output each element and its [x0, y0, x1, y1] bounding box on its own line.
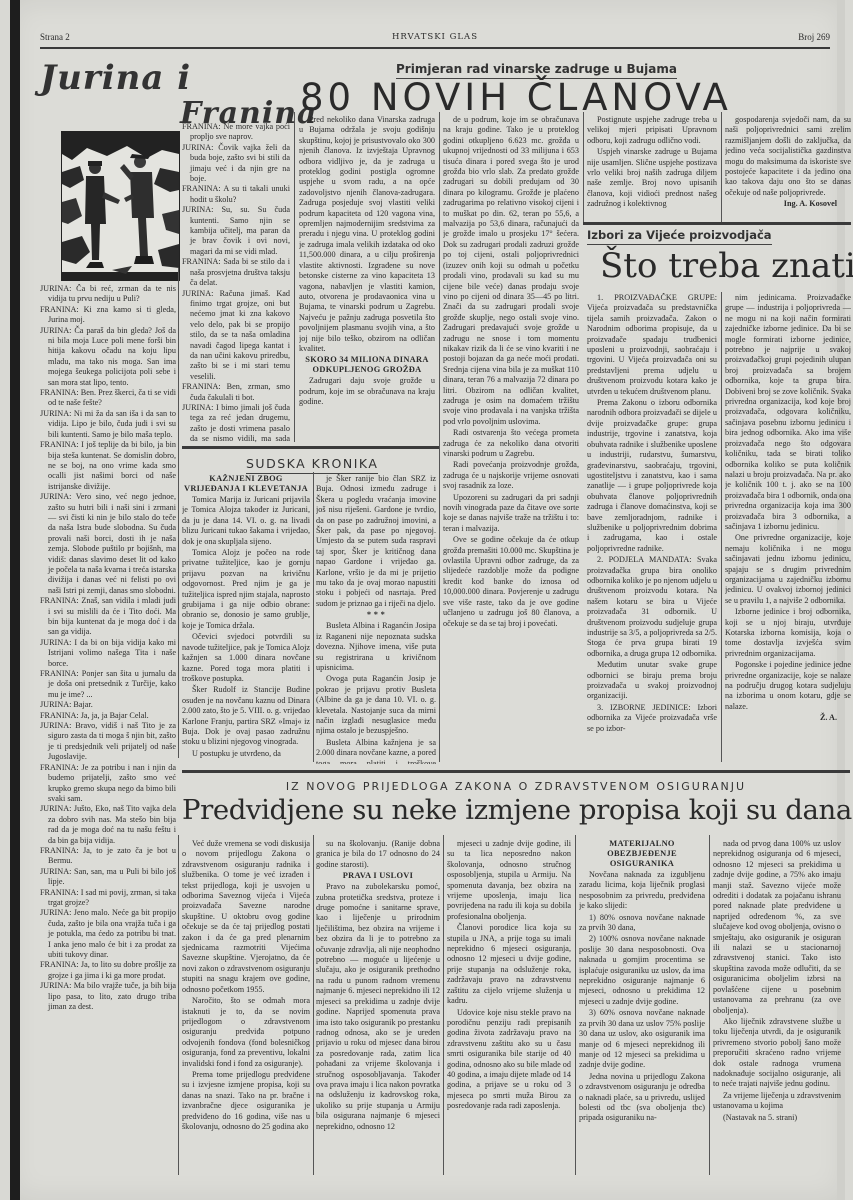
paragraph: Zadrugari daju svoje grožđe u podrum, ko… — [299, 376, 435, 407]
paragraph: nada od prvog dana 100% uz uslov nepreki… — [713, 839, 841, 1016]
paragraph: Međutim unutar svake grupe odbornici se … — [587, 660, 717, 702]
paragraph: Prema tome prijedlogu predviđene su i iz… — [182, 1070, 310, 1132]
paragraph: PRAVA I USLOVI — [316, 871, 440, 881]
wine-article-column-4: gospodarenja svjedoči nam, da su naši po… — [725, 115, 851, 220]
dialog-line: FRANINA: Ki zna kamo si ti gleda, Jurina… — [40, 305, 176, 326]
wine-article-column-2: de u podrum, koje im se obračunava na kr… — [443, 115, 579, 760]
paragraph: Pogonske i pojedine jedinice jedne privr… — [725, 660, 851, 712]
dialog-line: FRANINA: Ja, ja, ja Bajar Celal. — [40, 711, 176, 721]
wine-article-column-1: Pred nekoliko dana Vinarska zadruga u Bu… — [299, 115, 435, 460]
section-rule — [182, 770, 850, 773]
column-divider — [721, 292, 722, 762]
column-divider — [721, 112, 722, 222]
dialog-line: FRANINA: Znaš, san vidila i mladi judi i… — [40, 596, 176, 638]
paragraph: Već duže vremena se vodi diskusija o nov… — [182, 839, 310, 995]
paragraph: Pred nekoliko dana Vinarska zadruga u Bu… — [299, 115, 435, 354]
issue-number: Broj 269 — [798, 32, 830, 42]
paragraph: Upozoreni su zadrugari da pri sadnji nov… — [443, 493, 579, 535]
subheading: KAŽNJENI ZBOG VRIJEĐANJA I KLEVETANJA — [182, 474, 310, 494]
paragraph: Ako liječnik zdravstvene službe u toku l… — [713, 1017, 841, 1090]
woodcut-illustration — [61, 131, 180, 281]
paragraph: 3) 60% osnova novčane naknade za prvih 3… — [579, 1008, 705, 1070]
column-divider — [178, 835, 179, 1175]
health-column-5: nada od prvog dana 100% uz uslov nepreki… — [713, 839, 841, 1179]
column-divider — [313, 472, 314, 762]
column-divider — [294, 112, 295, 442]
council-column-2: nim jedinicama. Proizvađačke grupe — ind… — [725, 293, 851, 763]
dialog-line: JURINA: Jušto, Eko, naš Tito vajka dela … — [40, 804, 176, 846]
dialog-column-right: FRANINA: Ne more vajka poći propljo sve … — [182, 122, 290, 447]
subheading: MATERIJALNO OBEZBJEĐENJE OSIGURANIKA — [579, 839, 705, 869]
paragraph: Za vrijeme liječenja u zdravstvenim usta… — [713, 1091, 841, 1112]
council-article-kicker: Izbori za Vijeće proizvodjača — [587, 228, 772, 245]
health-column-4: MATERIJALNO OBEZBJEĐENJE OSIGURANIKANovč… — [579, 839, 705, 1179]
byline: Ing. A. Kosovel — [725, 199, 851, 209]
paragraph: Radi ostvarenja što većega prometa zadru… — [443, 428, 579, 459]
dialog-line: JURINA: Ni mi ža da san iša i da san to … — [40, 409, 176, 440]
paragraph: 1. PROIZVAĐAČKE GRUPE: Vijeća proizvađač… — [587, 293, 717, 397]
dialog-line: JURINA: Su, su. Su čuda kuntenti. Samo n… — [182, 205, 290, 257]
court-column-1: KAŽNJENI ZBOG VRIJEĐANJA I KLEVETANJATom… — [182, 474, 310, 764]
paragraph: Tomica Alojz je počeo na rode privatne t… — [182, 548, 310, 631]
paragraph: Udovice koje nisu stekle pravo na porodi… — [447, 1008, 571, 1112]
dialog-line: FRANINA: I sad mi povij, zrman, si taka … — [40, 888, 176, 909]
paragraph: Novčana naknada za izgubljenu zaradu lic… — [579, 870, 705, 912]
column-divider — [439, 112, 440, 762]
paragraph: je Šker ranije bio član SRZ iz Buja. Odn… — [316, 474, 436, 609]
dialog-line: JURINA: Ma bilo vrajže tuče, ja bih bija… — [40, 981, 176, 1012]
two-men-talking-icon — [62, 132, 179, 280]
dialog-line: JURINA: Ča paraš da bin gleda? Još da ni… — [40, 326, 176, 388]
column-divider — [313, 835, 314, 1175]
health-column-3: mjeseci u zadnje dvije godine, ili su ta… — [447, 839, 571, 1179]
paragraph: de u podrum, koje im se obračunava na kr… — [443, 115, 579, 427]
column-divider — [575, 835, 576, 1175]
council-column-1: 1. PROIZVAĐAČKE GRUPE: Vijeća proizvađač… — [587, 293, 717, 763]
dialog-line: JURINA: Računa jimaš. Kad finimo trgat g… — [182, 289, 290, 383]
paragraph: One privredne organizacije, koje nemaju … — [725, 533, 851, 606]
dialog-line: JURINA: Bravo, vidiš i naš Tito je za si… — [40, 721, 176, 763]
paragraph: Očevici svjedoci potvrdili su navode tuž… — [182, 632, 310, 684]
paragraph: Ovoga puta Raganćin Josip je pokrao je p… — [316, 674, 436, 736]
byline: Ž. A. — [725, 713, 851, 723]
dialog-line: JURINA: San, san, ma u Puli bi bilo još … — [40, 867, 176, 888]
paper-title: HRVATSKI GLAS — [40, 32, 830, 42]
continuation-note: (Nastavak na 5. strani) — [713, 1113, 841, 1123]
dialog-line: JURINA: Bajar. — [40, 700, 176, 710]
health-column-2: su na školovanju. (Ranije dobna granica … — [316, 839, 440, 1179]
paragraph: 2. PODJELA MANDATA: Svaka proizvađačka g… — [587, 555, 717, 659]
dialog-line: JURINA: I da bi on bija vidija kako mi I… — [40, 638, 176, 669]
dialog-line: FRANINA: Ben, zrman, smo čuda čakulali t… — [182, 382, 290, 403]
dialog-line: JURINA: Vero sino, već nego jednoe, zašt… — [40, 492, 176, 596]
paragraph: Busleta Albina kažnjena je sa 2.000 dina… — [316, 738, 436, 764]
dialog-line: FRANINA: Ben. Prez škerci, ča ti se vidi… — [40, 388, 176, 409]
dialog-line: FRANINA: Je za potribu i nan i njin da b… — [40, 763, 176, 805]
paragraph: gospodarenja svjedoči nam, da su naši po… — [725, 115, 851, 198]
health-article-kicker: IZ NOVOG PRIJEDLOGA ZAKONA O ZDRAVSTVENO… — [182, 780, 850, 793]
paragraph: Tomica Marija iz Juricani prijavila je T… — [182, 495, 310, 547]
wine-article-column-3: Postignute uspjehe zadruge treba u velik… — [587, 115, 717, 220]
section-rule — [583, 222, 851, 225]
paragraph: Izborne jedinice i broj odbornika, koji … — [725, 607, 851, 659]
dialog-column-left: JURINA: Ča bi reć, zrman da te nis vidij… — [40, 284, 176, 1164]
column-divider — [443, 835, 444, 1175]
dialog-line: FRANINA: Ja, to je zato ča je bot u Berm… — [40, 846, 176, 867]
paragraph: 2) 100% osnova novčane naknade poslije 3… — [579, 934, 705, 1007]
health-column-1: Već duže vremena se vodi diskusija o nov… — [182, 839, 310, 1179]
masthead: Strana 2 HRVATSKI GLAS Broj 269 — [40, 32, 830, 48]
dialog-line: FRANINA: A su ti takali unuki hodit u šk… — [182, 184, 290, 205]
dialog-line: JURINA: Ča bi reć, zrman da te nis vidij… — [40, 284, 176, 305]
paragraph: U postupku je utvrđeno, da — [182, 749, 310, 759]
masthead-rule — [40, 47, 830, 49]
subheading: SKORO 34 MILIONA DINARA ODKUPLJENOG GROŽ… — [299, 355, 435, 375]
title-line-1: Jurina i — [40, 58, 191, 98]
paragraph: 1) 80% osnova novčane naknade za prvih 3… — [579, 913, 705, 934]
paragraph: nim jedinicama. Proizvađačke grupe — ind… — [725, 293, 851, 532]
paragraph: mjeseci u zadnje dvije godine, ili su ta… — [447, 839, 571, 922]
court-column-2: je Šker ranije bio član SRZ iz Buja. Odn… — [316, 474, 436, 764]
column-divider — [583, 112, 584, 222]
council-article-headline: Što treba znati? — [600, 246, 853, 286]
health-article-headline: Predvidjene su neke izmjene propisa koji… — [182, 794, 853, 826]
dialog-line: FRANINA: Sada bi se stilo da i naša pros… — [182, 257, 290, 288]
paragraph: Prema Zakonu o izboru odbornika narodnih… — [587, 398, 717, 554]
section-rule — [182, 446, 439, 449]
column-divider — [178, 268, 179, 758]
paragraph: 3. IZBORNE JEDINICE: Izbori odbornika za… — [587, 703, 717, 734]
dialog-line: JURINA: I bimo jimali još čuda tega za r… — [182, 403, 290, 447]
paragraph: Naročito, što se odmah mora istaknuti je… — [182, 996, 310, 1069]
dialog-line: FRANINA: I još teplije da bi bilo, ja bi… — [40, 440, 176, 492]
dialog-line: FRANINA: Ja, to lito su dobre prošlje za… — [40, 960, 176, 981]
paragraph: Jedna novina u prijedlogu Zakona o zdrav… — [579, 1072, 705, 1124]
dialog-line: FRANINA: Ne more vajka poći propljo sve … — [182, 122, 290, 143]
paragraph: Šker Rudolf iz Stancije Budine osuđen je… — [182, 685, 310, 747]
dialog-line: JURINA: Čovik vajka želi da buda boje, z… — [182, 143, 290, 185]
paragraph: * * * — [316, 610, 436, 620]
paragraph: Busleta Albina i Raganćin Josipa iz Raga… — [316, 621, 436, 673]
dialog-line: FRANINA: Ponjer san šita u jurnalu da je… — [40, 669, 176, 700]
page-binding-shadow — [10, 0, 20, 1200]
paragraph: Članovi porodice lica koja su stupila u … — [447, 923, 571, 1006]
paragraph: su na školovanju. (Ranije dobna granica … — [316, 839, 440, 870]
paragraph: Postignute uspjehe zadruge treba u velik… — [587, 115, 717, 146]
column-divider — [709, 835, 710, 1175]
dialog-line: JURINA: Jeno malo. Neće ga bit propijo č… — [40, 908, 176, 960]
wine-article-headline: 80 NOVIH ČLANOVA — [300, 76, 732, 119]
paragraph: Uspjeh vinarske zadruge u Bujama nije us… — [587, 147, 717, 209]
paragraph: Ove se godine očekuje da će otkup grožđa… — [443, 535, 579, 629]
newspaper-page: Strana 2 HRVATSKI GLAS Broj 269 Jurina i… — [10, 0, 845, 1200]
paragraph: Pravo na zubolekarsku pomoć, zubna prote… — [316, 882, 440, 1132]
paragraph: Radi povećanja proizvodnje grožđa, zadru… — [443, 460, 579, 491]
